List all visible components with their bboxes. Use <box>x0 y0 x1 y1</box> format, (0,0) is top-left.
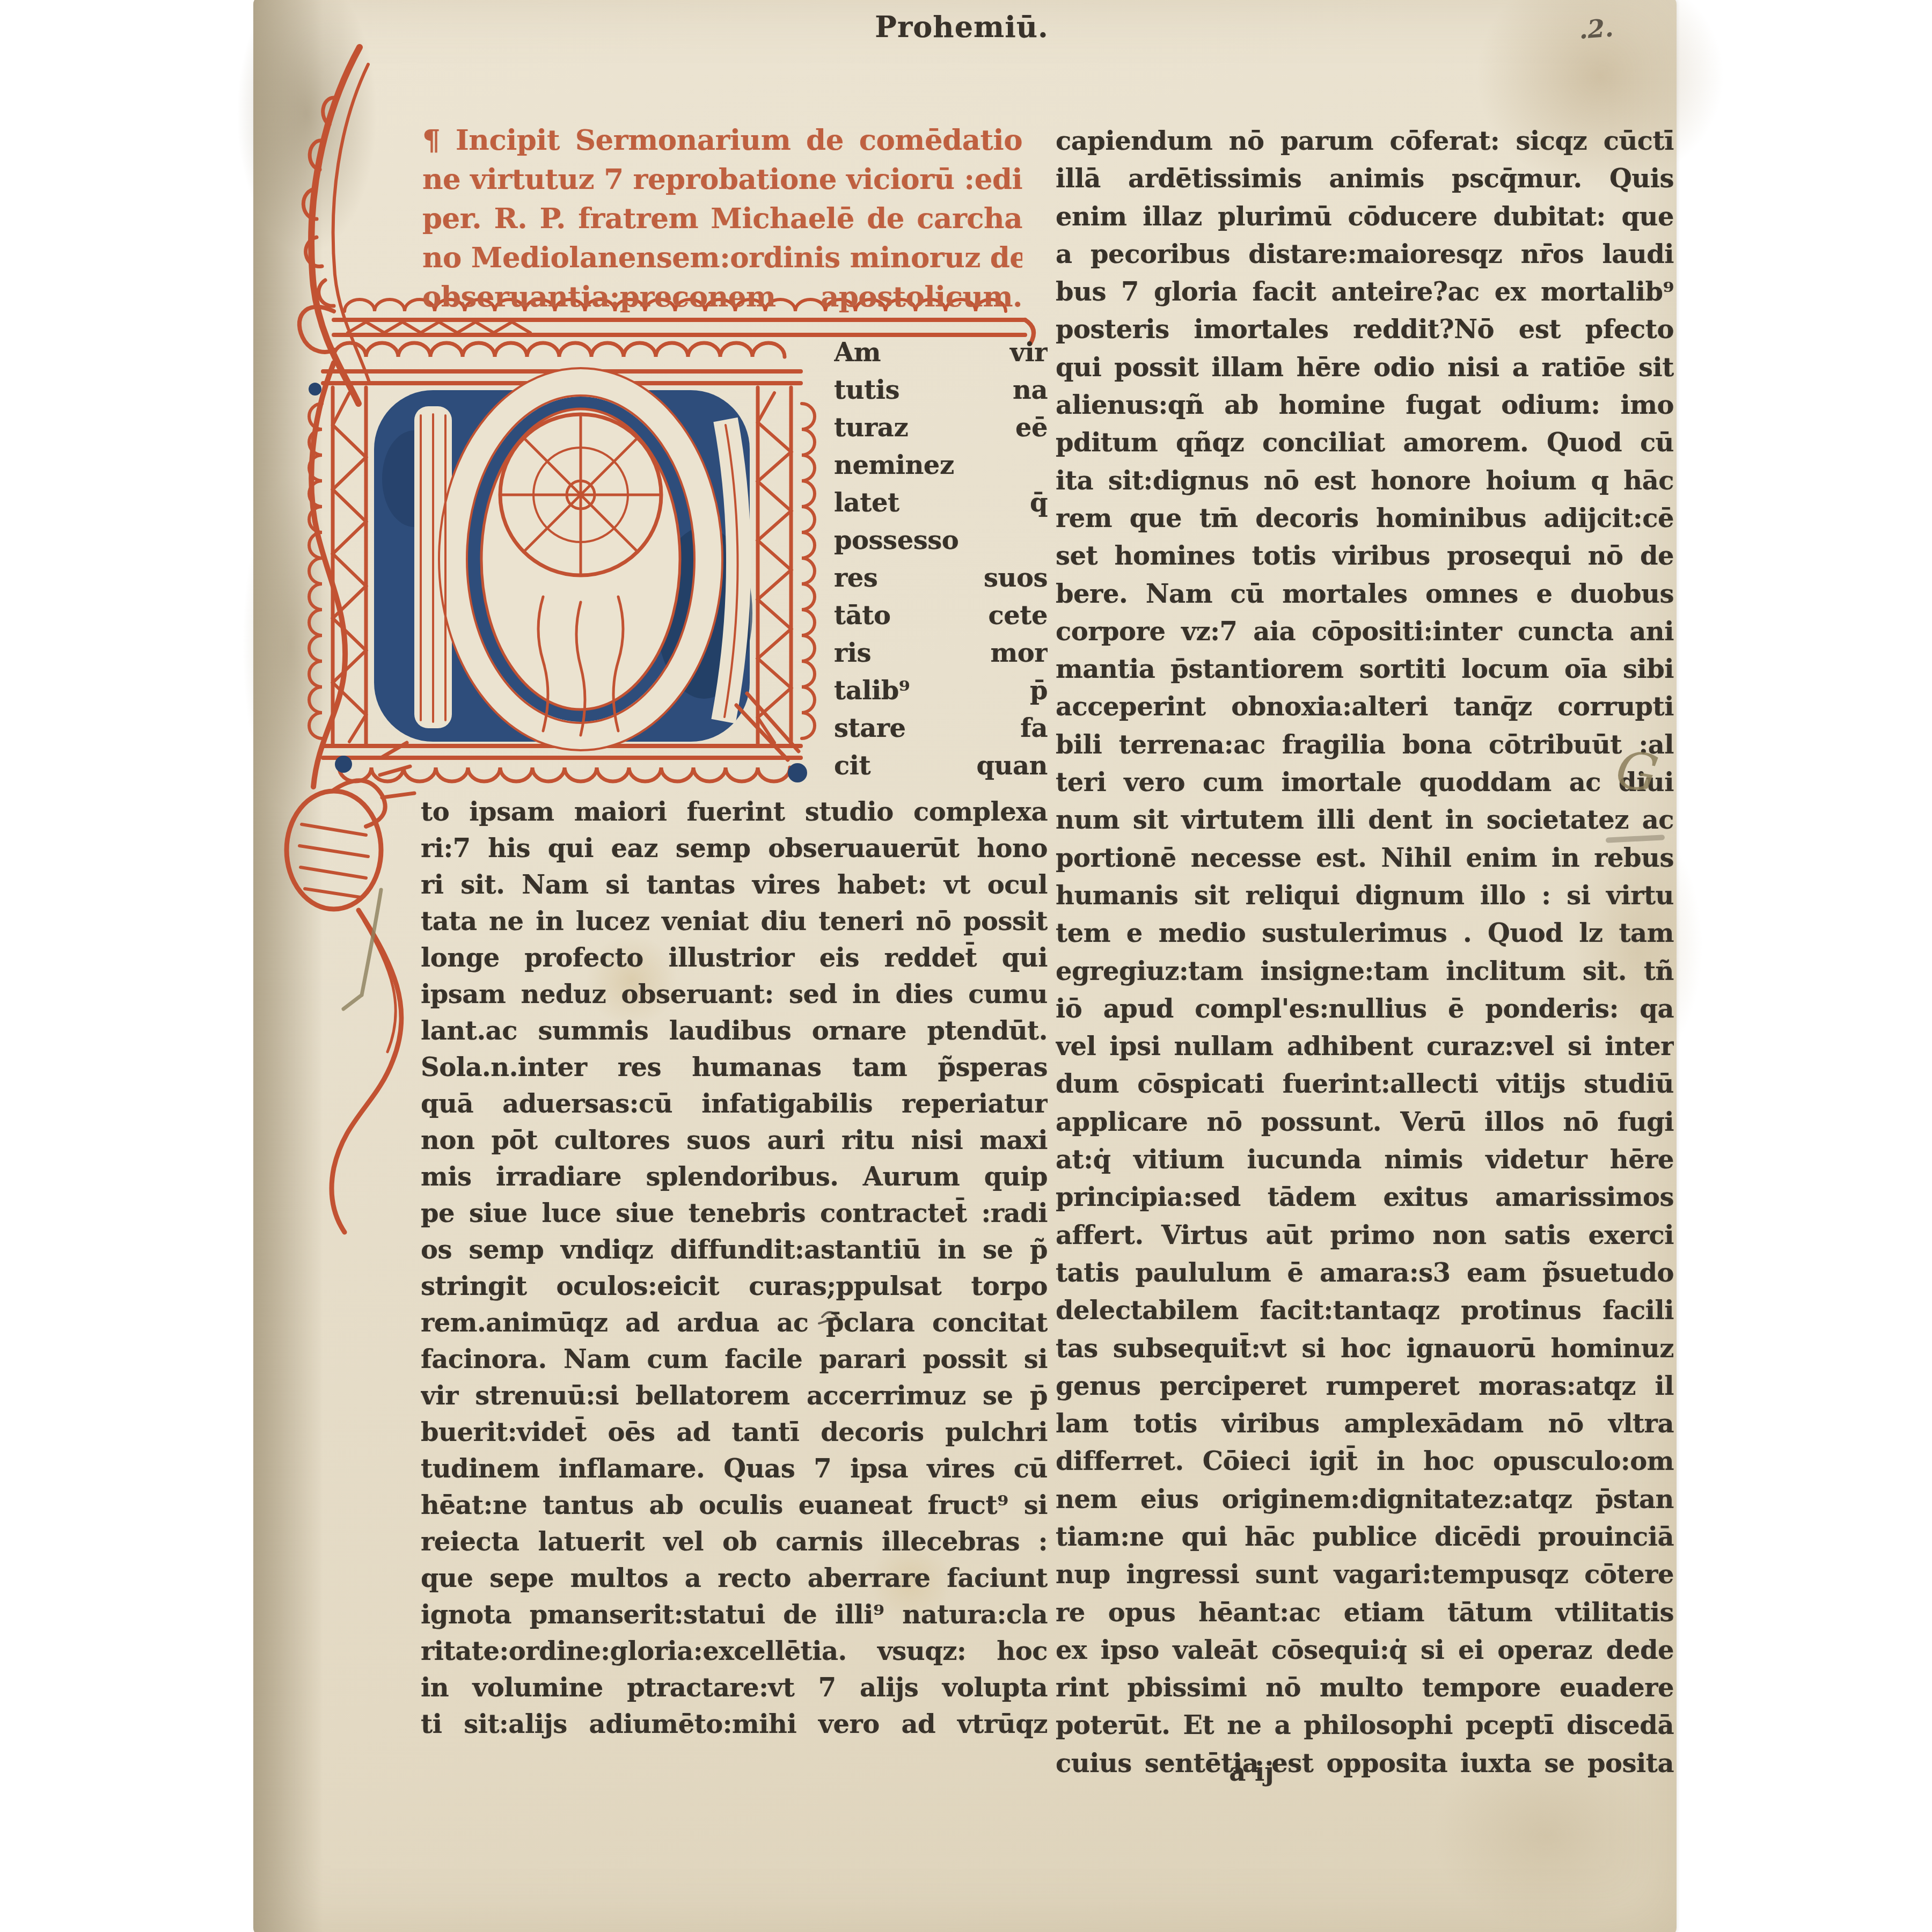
text-line: pe siue luce siue tenebris contractet̄ :… <box>421 1195 1048 1232</box>
running-title: Prohemiū. <box>801 10 1123 44</box>
text-line: obseruantia:preconem apostolicum. <box>422 277 1022 317</box>
text-line: nem eius originem:dignitatez:atqz p̄stan <box>1056 1481 1674 1518</box>
text-line: pditum qñqz conciliat amorem. Quod cū <box>1056 424 1674 462</box>
text-line: vir strenuū:si bellatorem accerrimuz se … <box>421 1378 1048 1414</box>
text-line: ignota pmanserit:statui de illi⁹ natura:… <box>421 1597 1048 1633</box>
text-line: bus 7 gloria facit anteire?ac ex mortali… <box>1056 273 1674 311</box>
text-line: iō apud compl'es:nullius ē ponderis: qa <box>1056 990 1674 1028</box>
text-line: ipsam neduz obseruant: sed in dies cumu <box>421 976 1048 1013</box>
text-line: ¶ Incipit Sermonarium de comēdatio <box>422 121 1022 160</box>
text-line: bere. Nam cū mortales omnes e duobus <box>1056 575 1674 613</box>
text-line: neminez <box>834 447 1048 484</box>
text-line: tas subsequit̄:vt si hoc ignauorū hominu… <box>1056 1330 1674 1367</box>
rubricated-incipit: ¶ Incipit Sermonarium de comēdatione vir… <box>422 121 1022 317</box>
text-line: reiecta latuerit vel ob carnis illecebra… <box>421 1524 1048 1560</box>
right-text-column: capiendum nō parum cōferat: sicqz cūctīi… <box>1056 122 1674 1782</box>
text-line: capiendum nō parum cōferat: sicqz cūctī <box>1056 122 1674 160</box>
text-line: corpore vz:7 aia cōpositi:inter cuncta a… <box>1056 613 1674 650</box>
left-text-column: to ipsam maiori fuerint studio complexar… <box>421 794 1048 1743</box>
text-line: stare fa <box>834 709 1048 747</box>
photographed-book-scan: Prohemiū. .2. ¶ Incipit Sermonarium de c… <box>0 0 1932 1932</box>
text-line: alienus:qñ ab homine fugat odium: imo <box>1056 386 1674 424</box>
text-line: ex ipso valeāt cōsequi:q̇ si ei operaz d… <box>1056 1631 1674 1669</box>
text-line: acceperint obnoxia:alteri tanq̄z corrupt… <box>1056 688 1674 726</box>
text-line: tudinem inflamare. Quas 7 ipsa vires cū <box>421 1451 1048 1487</box>
text-line: res suos <box>834 559 1048 597</box>
text-line: tāto cete <box>834 597 1048 634</box>
text-line: affert. Virtus aūt primo non satis exerc… <box>1056 1217 1674 1254</box>
text-line: non pōt cultores suos auri ritu nisi max… <box>421 1122 1048 1159</box>
text-line: portionē necesse est. Nihil enim in rebu… <box>1056 839 1674 877</box>
text-line: poterūt. Et ne a philosophi pceptī disce… <box>1056 1707 1674 1744</box>
text-line: humanis sit reliqui dignum illo : si vir… <box>1056 877 1674 914</box>
text-line: tem e medio sustulerimus . Quod lz tam <box>1056 914 1674 952</box>
binding-edge <box>253 0 323 1932</box>
text-line: mantia p̄stantiorem sortiti locum oīa si… <box>1056 650 1674 688</box>
text-line: in volumine ptractare:vt 7 alijs volupta <box>421 1670 1048 1706</box>
text-line: delectabilem facit:tantaqz protinus faci… <box>1056 1292 1674 1329</box>
text-line: Sola.n.inter res humanas tam p̃speras <box>421 1049 1048 1086</box>
text-line: tata ne in lucez veniat diu teneri nō po… <box>421 903 1048 940</box>
text-line: to ipsam maiori fuerint studio complexa <box>421 794 1048 830</box>
text-line: egregiuz:tam insigne:tam inclitum sit. t… <box>1056 953 1674 990</box>
text-line: illā ardētissimis animis pscq̄mur. Quis <box>1056 160 1674 197</box>
initial-letter-field <box>374 382 752 742</box>
text-line: ti sit:alijs adiumēto:mihi vero ad vtrūq… <box>421 1706 1048 1743</box>
text-line: ne virtutuz 7 reprobatione viciorū :edit… <box>422 160 1022 199</box>
text-line: turaz eē <box>834 409 1048 447</box>
incunable-page: Prohemiū. .2. ¶ Incipit Sermonarium de c… <box>253 0 1677 1932</box>
text-line: longe profecto illustrior eis reddet̄ qu… <box>421 940 1048 976</box>
text-line: cuius sentētia est opposita iuxta se pos… <box>1056 1745 1674 1782</box>
text-line: lant.ac summis laudibus ornare ptendūt. <box>421 1013 1048 1049</box>
text-line: que sepe multos a recto aberrare faciunt <box>421 1560 1048 1597</box>
text-line: a pecoribus distare:maioresqz nr̄os laud… <box>1056 236 1674 273</box>
text-line: ita sit:dignus nō est honore hoium q hāc <box>1056 462 1674 500</box>
text-line: quā aduersas:cū infatigabilis reperiatur <box>421 1086 1048 1122</box>
text-line: hēat:ne tantus ab oculis euaneat fruct⁹ … <box>421 1487 1048 1524</box>
text-line: rem.animūqz ad ardua ac p̄clara concitat <box>421 1305 1048 1341</box>
text-line: no Mediolanensem:ordinis minoruz de <box>422 238 1022 277</box>
text-line: nup ingressi sunt vagari:tempusqz cōtere <box>1056 1556 1674 1593</box>
text-line: at:q̇ vitium iucunda nimis videtur hēre <box>1056 1141 1674 1179</box>
text-line: per. R. P. fratrem Michaelē de carcha <box>422 199 1022 238</box>
text-line: os semp vndiqz diffundit:astantiū in se … <box>421 1232 1048 1268</box>
text-line: re opus hēant:ac etiam tātum vtilitatis <box>1056 1594 1674 1631</box>
text-line: ritate:ordine:gloria:excellētia. vsuqz: … <box>421 1633 1048 1670</box>
text-line: genus perciperet rumperet moras:atqz il <box>1056 1367 1674 1405</box>
pen-trial-mark <box>343 890 381 1009</box>
text-line: mis irradiare splendoribus. Aurum quip <box>421 1159 1048 1195</box>
blue-pen-dots <box>309 383 807 782</box>
text-line: ri:7 his qui eaz semp obseruauerūt hono <box>421 830 1048 867</box>
left-column-narrow-text: Am virtutis naturaz eēneminezlatet q̄pos… <box>834 334 1048 785</box>
text-line: tutis na <box>834 371 1048 409</box>
text-line: differret. Cōieci igit̄ in hoc opusculo:… <box>1056 1443 1674 1480</box>
text-line: latet q̄ <box>834 484 1048 522</box>
text-line: enim illaz plurimū cōducere dubitat: que <box>1056 198 1674 236</box>
text-line: Am vir <box>834 334 1048 371</box>
text-line: principia:sed tādem exitus amarissimos <box>1056 1179 1674 1216</box>
text-line: qui possit illam hēre odio nisi a ratiōe… <box>1056 349 1674 386</box>
text-line: num sit virtutem illi dent in societatez… <box>1056 801 1674 839</box>
text-line: buerit:videt̄ oēs ad tantī decoris pulch… <box>421 1414 1048 1451</box>
text-line: ris mor <box>834 634 1048 672</box>
text-line: bili terrena:ac fragilia bona cōtribuūt … <box>1056 726 1674 764</box>
text-line: ri sit. Nam si tantas vires habet: vt oc… <box>421 867 1048 903</box>
folio-number: .2. <box>1578 8 1687 45</box>
text-line: rem que tm̄ decoris hominibus adijcit:cē <box>1056 500 1674 537</box>
text-line: posteris imortales reddit?Nō est pfecto <box>1056 311 1674 348</box>
text-line: teri vero cum imortale quoddam ac diui <box>1056 764 1674 801</box>
text-line: vel ipsi nullam adhibent curaz:vel si in… <box>1056 1028 1674 1065</box>
text-line: applicare nō possunt. Verū illos nō fugi <box>1056 1103 1674 1141</box>
text-line: tatis paululum ē amara:s3 eam p̃suetudo <box>1056 1254 1674 1292</box>
text-line: set homines totis viribus prosequi nō de <box>1056 537 1674 575</box>
text-line: possesso <box>834 522 1048 559</box>
text-line: facinora. Nam cum facile parari possit s… <box>421 1341 1048 1378</box>
text-line: tiam:ne qui hāc publice dicēdi prouinciā <box>1056 1518 1674 1556</box>
quire-signature: a ij <box>1166 1757 1337 1787</box>
text-line: stringit oculos:eicit curas;ppulsat torp… <box>421 1268 1048 1305</box>
text-line: rint pbissimi nō multo tempore euadere <box>1056 1669 1674 1707</box>
text-line: dum cōspicati fuerint:allecti vitijs stu… <box>1056 1065 1674 1103</box>
text-line: cit quan <box>834 747 1048 785</box>
text-line: lam totis viribus amplexādam nō vltra <box>1056 1405 1674 1443</box>
text-line: talib⁹ p̄ <box>834 672 1048 709</box>
